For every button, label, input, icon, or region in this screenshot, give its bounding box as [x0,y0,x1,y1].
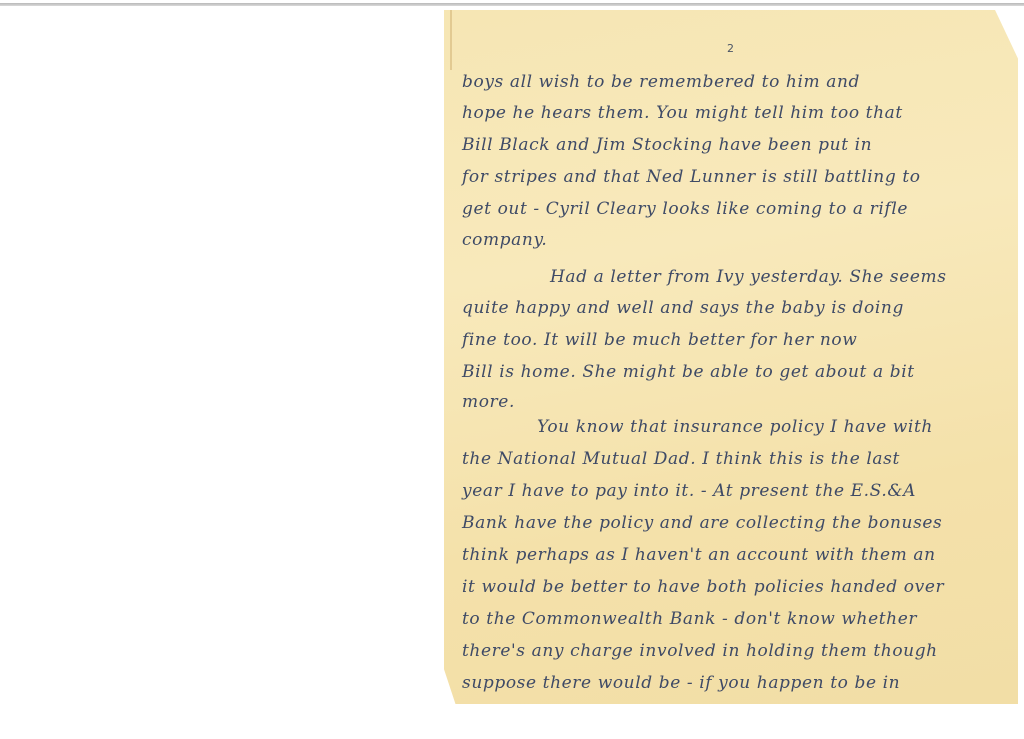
letter-line: it would be better to have both policies… [462,573,944,601]
letter-line: think perhaps as I haven't an account wi… [462,541,936,569]
letter-line: year I have to pay into it. - At present… [462,477,916,505]
letter-paper: 2 boys all wish to be remembered to him … [444,10,1018,704]
letter-line: to the Commonwealth Bank - don't know wh… [462,605,917,633]
scanned-page: 2 boys all wish to be remembered to him … [0,0,1024,739]
letter-line: for stripes and that Ned Lunner is still… [462,163,921,191]
letter-line: quite happy and well and says the baby i… [462,294,904,322]
letter-line: there's any charge involved in holding t… [462,637,938,665]
letter-line: boys all wish to be remembered to him an… [462,68,860,96]
letter-line: Bill is home. She might be able to get a… [462,358,915,386]
letter-line: get out - Cyril Cleary looks like coming… [462,195,908,223]
letter-line: suppose there would be - if you happen t… [462,669,900,697]
letter-line: Had a letter from Ivy yesterday. She see… [550,263,947,291]
scanner-edge [0,3,1024,6]
letter-line: more. [462,388,515,416]
letter-line: Bill Black and Jim Stocking have been pu… [462,131,872,159]
letter-line: the National Mutual Dad. I think this is… [462,445,900,473]
letter-line: hope he hears them. You might tell him t… [462,99,903,127]
letter-line: Bank have the policy and are collecting … [462,509,942,537]
letter-line: You know that insurance policy I have wi… [537,413,933,441]
letter-line: fine too. It will be much better for her… [462,326,857,354]
page-number: 2 [727,42,734,55]
letter-line: company. [462,226,547,254]
